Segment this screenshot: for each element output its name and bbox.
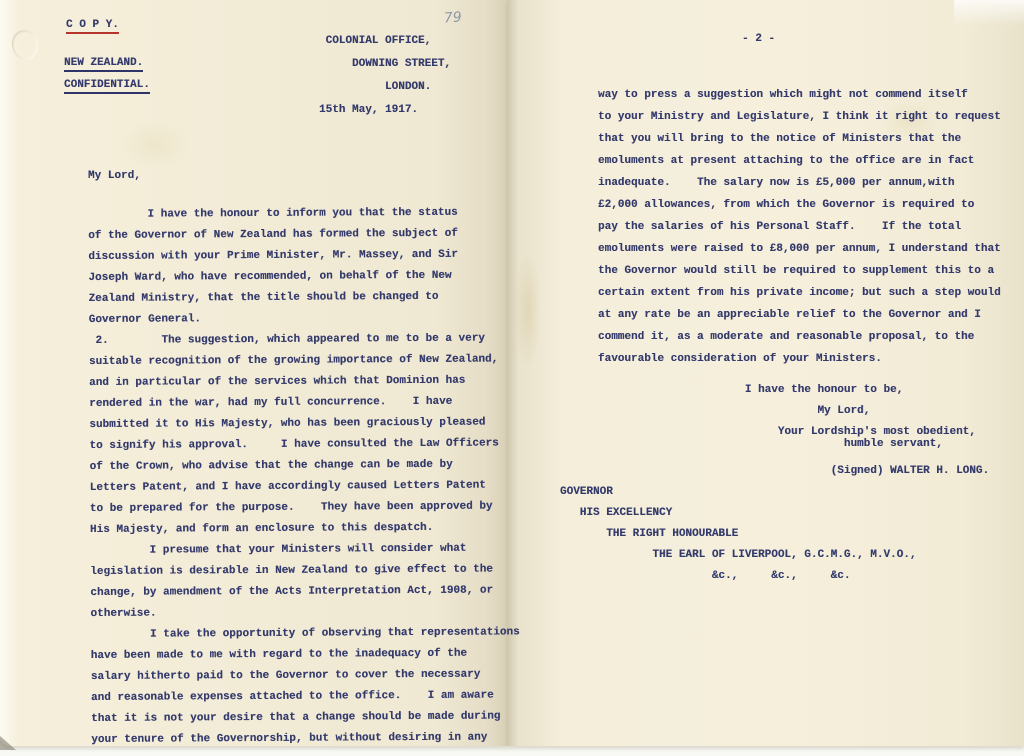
page-number: - 2 - (742, 33, 775, 45)
text-line: of the Governor of New Zealand has forme… (88, 223, 517, 247)
text-line: to be prepared for the purpose. They hav… (90, 496, 519, 520)
text-line: otherwise. (90, 601, 519, 625)
text-line: change, by amendment of the Acts Interpr… (90, 580, 519, 604)
text-line: HIS EXCELLENCY (560, 503, 989, 524)
text-line: DOWNING STREET, (319, 53, 451, 76)
text-line: suitable recognition of the growing impo… (89, 349, 518, 373)
text-line: that you will bring to the notice of Min… (598, 128, 1001, 150)
letter-body-page-1: I have the honour to inform you that the… (88, 202, 520, 751)
text-line: submitted it to His Majesty, who has bee… (89, 412, 518, 436)
text-line: Governor General. (89, 307, 518, 331)
text-line: 2. The suggestion, which appeared to me … (89, 328, 518, 352)
text-line: that it is not your desire that a change… (91, 706, 520, 730)
text-line: Letters Patent, and I have accordingly c… (90, 475, 519, 499)
text-line: inadequate. The salary now is £5,000 per… (598, 172, 1001, 194)
text-line: have been made to me with regard to the … (91, 643, 520, 667)
page-corner-fold (0, 736, 16, 750)
text-line: and in particular of the services which … (89, 370, 518, 394)
text-line: COLONIAL OFFICE, (319, 30, 451, 53)
text-line: legislation is desirable in New Zealand … (90, 559, 519, 583)
text-line: to signify his approval. I have consulte… (89, 433, 518, 457)
text-line: His Majesty, and form an enclosure to th… (90, 517, 519, 541)
region-heading: NEW ZEALAND. (64, 57, 143, 72)
text-line: I presume that your Ministers will consi… (90, 538, 519, 562)
text-line: pay the salaries of his Personal Staff. … (598, 216, 1001, 238)
text-line: GOVERNOR (560, 482, 989, 503)
text-line: Zealand Ministry, that the title should … (89, 286, 518, 310)
text-line: THE RIGHT HONOURABLE (560, 524, 989, 545)
letter-closing-and-address: I have the honour to be, My Lord, Your L… (560, 380, 989, 587)
text-line: and reasonable expenses attached to the … (91, 685, 520, 709)
text-line: to your Ministry and Legislature, I thin… (598, 106, 1001, 128)
text-line: rendered in the war, had my full concurr… (89, 391, 518, 415)
copy-stamp: C O P Y. (66, 19, 119, 34)
salutation: My Lord, (88, 170, 141, 182)
text-line: of the Crown, who advise that the change… (90, 454, 519, 478)
text-line: (Signed) WALTER H. LONG. (560, 461, 989, 482)
text-line: salary hitherto paid to the Governor to … (91, 664, 520, 688)
text-line: favourable consideration of your Ministe… (598, 348, 1001, 370)
text-line: way to press a suggestion which might no… (598, 84, 1001, 106)
text-line: at any rate be an appreciable relief to … (598, 304, 1001, 326)
text-line: Joseph Ward, who have recommended, on be… (88, 265, 517, 289)
text-line: emoluments were raised to £8,000 per ann… (598, 238, 1001, 260)
text-line: My Lord, (560, 401, 989, 422)
text-line: I take the opportunity of observing that… (91, 622, 520, 646)
letter-body-page-2: way to press a suggestion which might no… (598, 84, 1001, 370)
text-line: 15th May, 1917. (319, 99, 451, 122)
text-line: &c., &c., &c. (560, 566, 989, 587)
text-line: the Governor would still be required to … (598, 260, 1001, 282)
folio-number-handwritten: 79 (443, 9, 462, 26)
text-line: discussion with your Prime Minister, Mr.… (88, 244, 517, 268)
confidential-heading: CONFIDENTIAL. (64, 79, 150, 94)
text-line: LONDON. (319, 76, 451, 99)
text-line: your tenure of the Governorship, but wit… (91, 727, 520, 751)
text-line: I have the honour to inform you that the… (88, 202, 517, 226)
letterhead-address: COLONIAL OFFICE, DOWNING STREET, LONDON.… (319, 30, 451, 122)
embossed-seal (9, 27, 42, 63)
text-line: £2,000 allowances, from which the Govern… (598, 194, 1001, 216)
text-line: I have the honour to be, (560, 380, 989, 401)
scanned-letter: C O P Y. 79 COLONIAL OFFICE, DOWNING STR… (0, 0, 1024, 756)
text-line: certain extent from his private income; … (598, 282, 1001, 304)
text-line: humble servant, (560, 434, 989, 455)
text-line: emoluments at present attaching to the o… (598, 150, 1001, 172)
text-line: commend it, as a moderate and reasonable… (598, 326, 1001, 348)
text-line: THE EARL OF LIVERPOOL, G.C.M.G., M.V.O., (560, 545, 989, 566)
